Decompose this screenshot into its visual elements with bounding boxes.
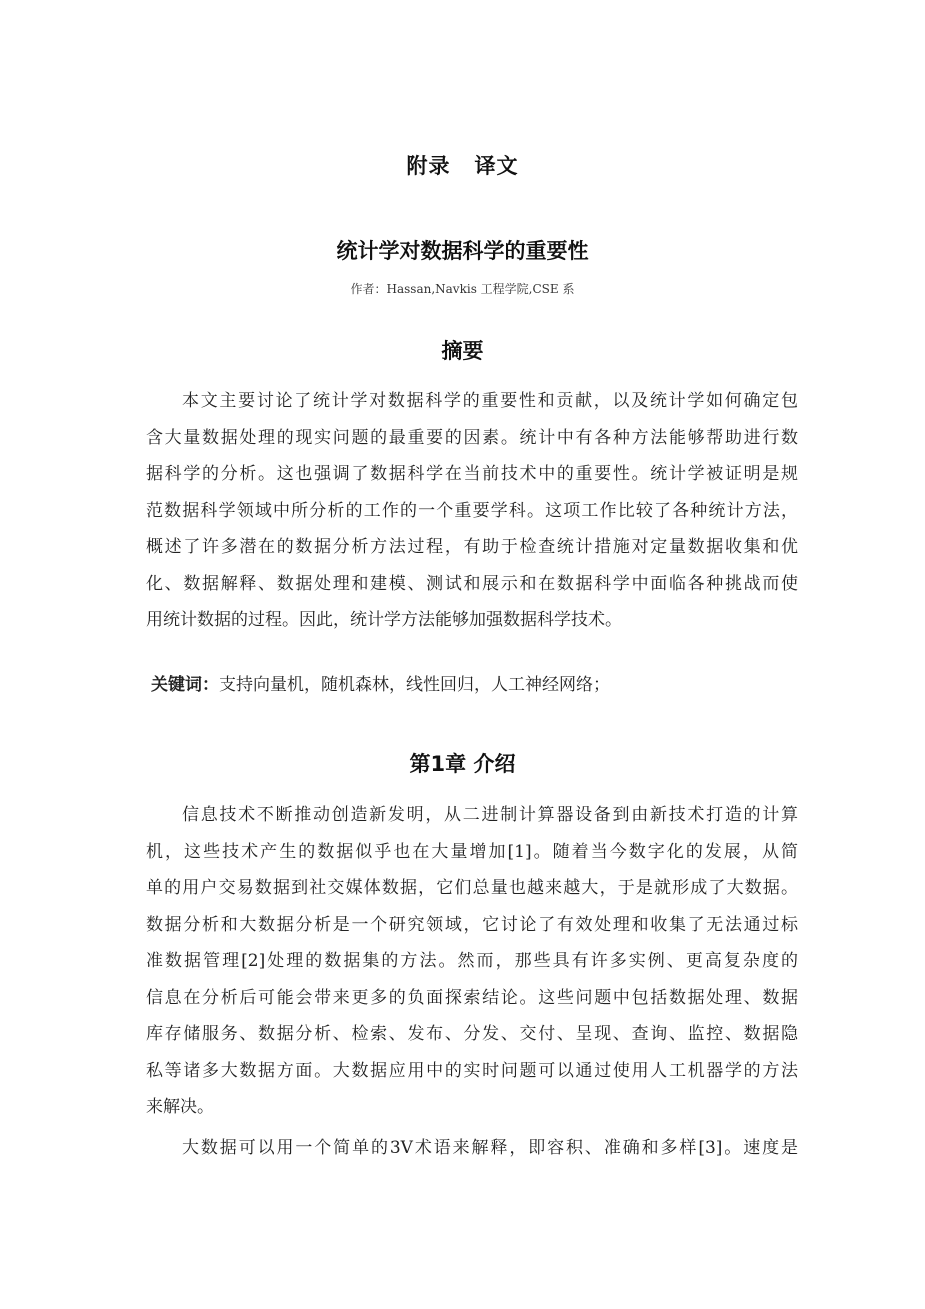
text-line: 机，这些技术产生的数据似乎也在大量增加[1]。随着当今数字化的发展，从简	[146, 834, 798, 871]
text-line: 用统计数据的过程。因此，统计学方法能够加强数据科学技术。	[146, 602, 798, 639]
document-page: 附录译文 统计学对数据科学的重要性 作者：Hassan,Navkis 工程学院,…	[0, 0, 925, 1309]
paper-title: 统计学对数据科学的重要性	[0, 235, 925, 265]
author-line: 作者：Hassan,Navkis 工程学院,CSE 系	[0, 280, 925, 297]
text-line: 单的用户交易数据到社交媒体数据，它们总量也越来越大，于是就形成了大数据。	[146, 870, 798, 907]
keywords-line: 关键词：支持向量机，随机森林，线性回归，人工神经网络；	[151, 670, 610, 695]
text-line: 准数据管理[2]处理的数据集的方法。然而，那些具有许多实例、更高复杂度的	[146, 943, 798, 980]
text-line: 库存储服务、数据分析、检索、发布、分发、交付、呈现、查询、监控、数据隐	[146, 1016, 798, 1053]
chapter1-paragraph-2: 大数据可以用一个简单的3V术语来解释，即容积、准确和多样[3]。速度是	[146, 1130, 798, 1167]
text-line: 含大量数据处理的现实问题的最重要的因素。统计中有各种方法能够帮助进行数	[146, 420, 798, 457]
text-line: 信息技术不断推动创造新发明，从二进制计算器设备到由新技术打造的计算	[146, 797, 798, 834]
chapter1-heading: 第1章 介绍	[0, 748, 925, 778]
keywords-text: 支持向量机，随机森林，线性回归，人工神经网络；	[219, 675, 610, 695]
appendix-heading: 附录译文	[0, 150, 925, 180]
text-line: 化、数据解释、数据处理和建模、测试和展示和在数据科学中面临各种挑战而使	[146, 566, 798, 603]
appendix-heading-right: 译文	[475, 154, 519, 178]
text-line: 范数据科学领域中所分析的工作的一个重要学科。这项工作比较了各种统计方法，	[146, 493, 798, 530]
keywords-label: 关键词：	[151, 675, 219, 695]
text-line: 来解决。	[146, 1089, 798, 1126]
text-line: 信息在分析后可能会带来更多的负面探索结论。这些问题中包括数据处理、数据	[146, 980, 798, 1017]
appendix-heading-left: 附录	[407, 154, 451, 178]
chapter1-paragraph-1: 信息技术不断推动创造新发明，从二进制计算器设备到由新技术打造的计算 机，这些技术…	[146, 797, 798, 1126]
abstract-heading: 摘要	[0, 335, 925, 365]
text-line: 概述了许多潜在的数据分析方法过程，有助于检查统计措施对定量数据收集和优	[146, 529, 798, 566]
text-line: 大数据可以用一个简单的3V术语来解释，即容积、准确和多样[3]。速度是	[146, 1130, 798, 1167]
abstract-paragraph: 本文主要讨论了统计学对数据科学的重要性和贡献，以及统计学如何确定包 含大量数据处…	[146, 383, 798, 639]
text-line: 本文主要讨论了统计学对数据科学的重要性和贡献，以及统计学如何确定包	[146, 383, 798, 420]
text-line: 私等诸多大数据方面。大数据应用中的实时问题可以通过使用人工机器学的方法	[146, 1053, 798, 1090]
text-line: 数据分析和大数据分析是一个研究领域，它讨论了有效处理和收集了无法通过标	[146, 907, 798, 944]
text-line: 据科学的分析。这也强调了数据科学在当前技术中的重要性。统计学被证明是规	[146, 456, 798, 493]
